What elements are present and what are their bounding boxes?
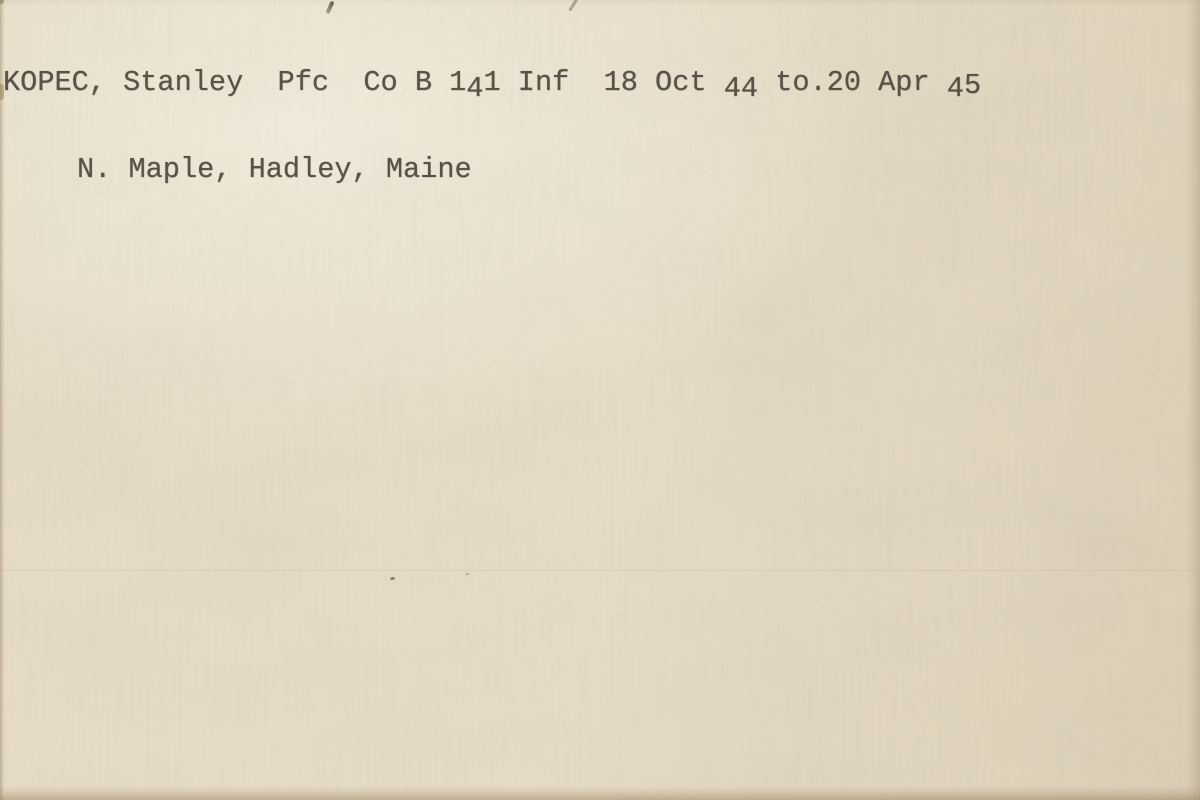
typewritten-line-1: KOPEC, Stanley Pfc Co B 141 Inf 18 Oct 4… (3, 68, 981, 97)
paper-speck (466, 573, 469, 575)
typewritten-line-2: N. Maple, Hadley, Maine (77, 155, 981, 184)
line1-segment: KOPEC, Stanley Pfc Co B 1 (3, 68, 466, 97)
line1-segment: 1 Inf 18 Oct (483, 68, 723, 97)
left-edge-shading (0, 0, 5, 800)
left-edge-notch (0, 84, 4, 100)
right-edge-shading (1186, 0, 1200, 800)
paper-speck (390, 576, 396, 580)
line1-segment: to.20 Apr (758, 68, 947, 97)
bottom-edge-shading (0, 786, 1200, 800)
line1-segment: 44 (724, 74, 758, 103)
line1-segment: 4 (466, 74, 483, 103)
index-card: KOPEC, Stanley Pfc Co B 141 Inf 18 Oct 4… (0, 0, 1200, 800)
line1-segment: 4 (947, 74, 964, 103)
paper-crease-line (0, 570, 1200, 572)
line1-segment: 5 (964, 71, 981, 100)
typewritten-text-block: KOPEC, Stanley Pfc Co B 141 Inf 18 Oct 4… (3, 10, 981, 242)
